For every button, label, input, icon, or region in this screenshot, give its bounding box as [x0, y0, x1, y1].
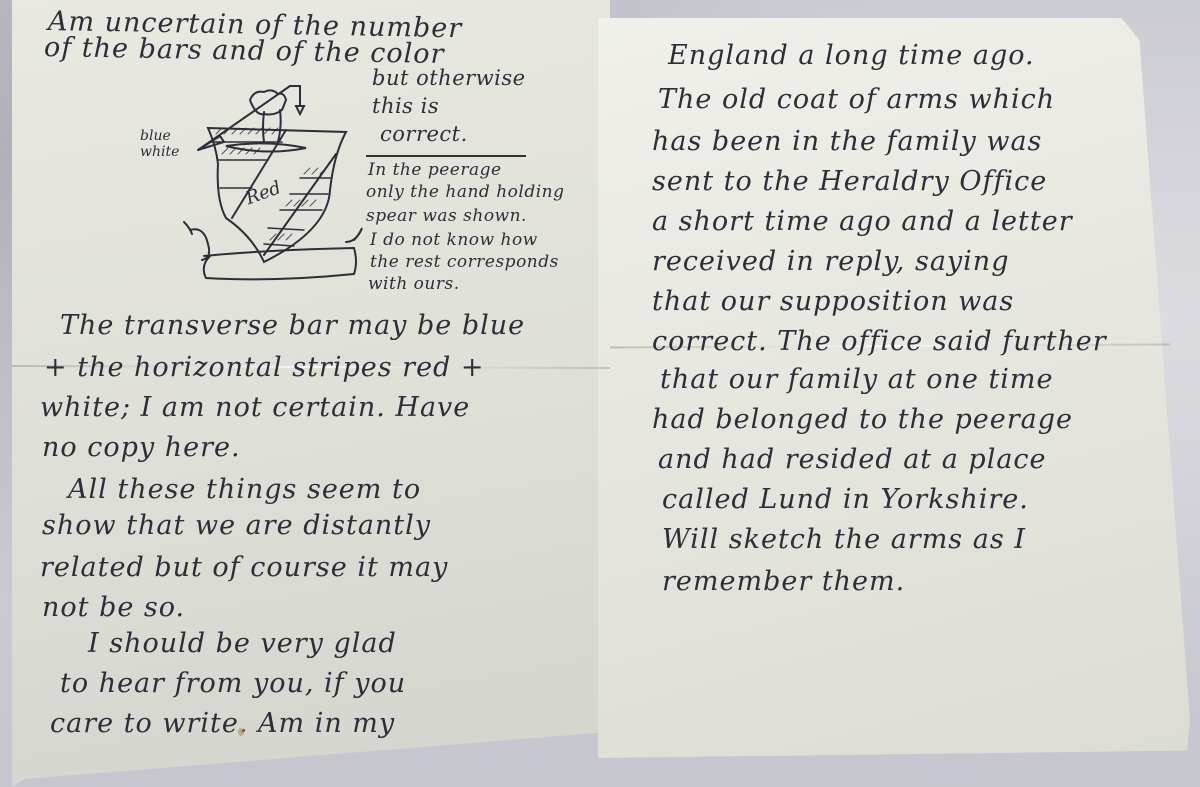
letter-line: I should be very glad [88, 628, 397, 659]
coat-of-arms-sketch: blue white Red [140, 50, 370, 300]
letter-line: sent to the Heraldry Office [652, 166, 1047, 197]
peerage-note-line: with ours. [368, 274, 460, 294]
letter-line: + the horizontal stripes red + [44, 352, 485, 383]
letter-line: Will sketch the arms as I [662, 524, 1026, 555]
letter-line: The transverse bar may be blue [60, 310, 525, 341]
letter-line: The old coat of arms which [658, 84, 1055, 115]
letter-line: and had resided at a place [658, 444, 1047, 475]
letter-line: received in reply, saying [652, 246, 1009, 277]
letter-line: related but of course it may [40, 552, 448, 583]
letter-line: no copy here. [42, 432, 241, 463]
crest-side-note-line: but otherwise [372, 66, 526, 90]
crest-side-note-line: correct. [380, 122, 468, 146]
crest-color-label-blue: blue [140, 128, 171, 144]
peerage-note-line: the rest corresponds [370, 252, 559, 272]
letter-line: has been in the family was [652, 126, 1042, 157]
peerage-note-line: I do not know how [370, 230, 538, 250]
letter-line: correct. The office said further [652, 326, 1107, 357]
letter-line: to hear from you, if you [60, 668, 406, 699]
letter-line: called Lund in Yorkshire. [662, 484, 1029, 515]
peerage-note-line: only the hand holding [366, 182, 564, 202]
peerage-note-line: spear was shown. [366, 206, 527, 226]
letter-line: that our family at one time [660, 364, 1054, 395]
crest-side-note-line: this is [372, 94, 439, 118]
letter-line: white; I am not certain. Have [40, 392, 470, 423]
letter-line: England a long time ago. [668, 40, 1035, 71]
letter-line: All these things seem to [68, 474, 421, 505]
letter-line: care to write. Am in my [50, 708, 395, 739]
ink-stain [238, 728, 244, 736]
letter-line: that our supposition was [652, 286, 1014, 317]
crest-color-label-white: white [140, 144, 179, 160]
letter-line: a short time ago and a letter [652, 206, 1073, 237]
shield-crest-icon: blue white Red [140, 50, 370, 300]
letter-line: not be so. [42, 592, 185, 623]
letter-line: had belonged to the peerage [652, 404, 1073, 435]
crest-center-label-red: Red [242, 177, 284, 209]
letter-line: show that we are distantly [42, 510, 431, 541]
peerage-note-line: In the peerage [368, 160, 502, 180]
note-underline [366, 155, 526, 157]
letter-line: remember them. [662, 566, 905, 597]
